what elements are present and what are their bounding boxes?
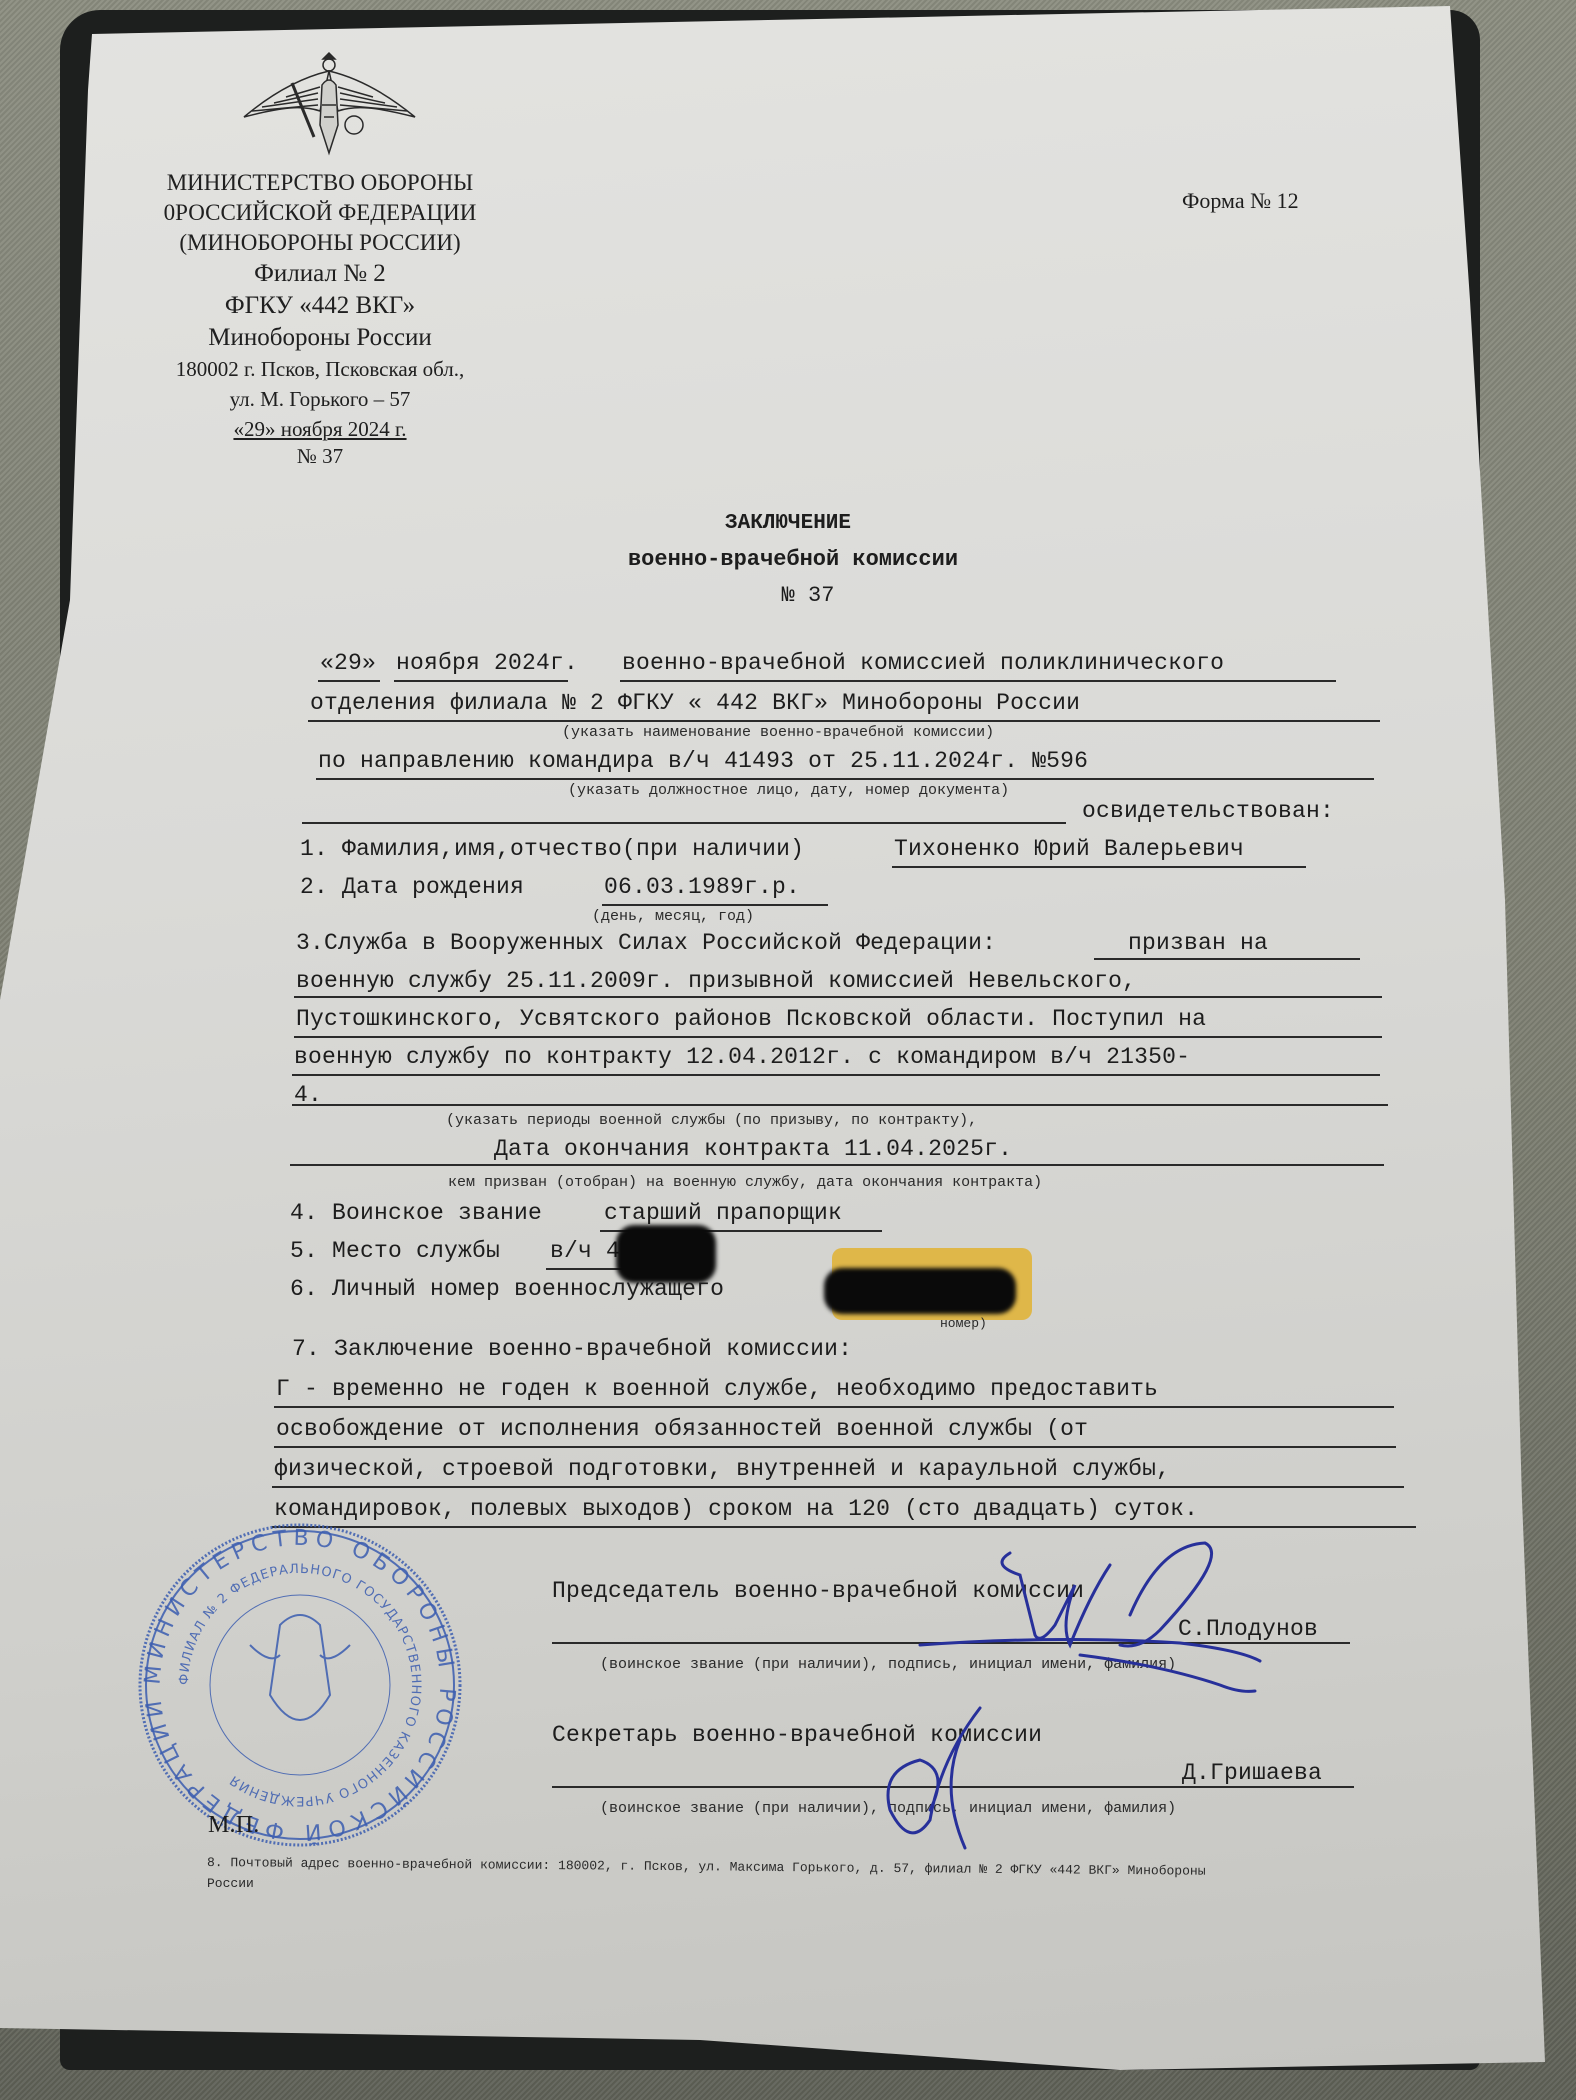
postal-address-line-1: 8. Почтовый адрес военно-врачебной комис… bbox=[207, 1855, 1206, 1879]
military-emblem-icon bbox=[242, 45, 417, 160]
intro-date-day: «29» bbox=[320, 650, 376, 676]
service-hint: (указать периоды военной службы (по приз… bbox=[446, 1112, 977, 1129]
header-address-2: ул. М. Горького – 57 bbox=[150, 384, 490, 414]
full-name-value: Тихоненко Юрий Валерьевич bbox=[894, 836, 1244, 862]
redaction-unit bbox=[616, 1225, 716, 1283]
document-page: МИНИСТЕРСТВО ОБОРОНЫ 0РОССИЙСКОЙ ФЕДЕРАЦ… bbox=[0, 0, 1576, 2100]
document-subtitle: военно-врачебной комиссии bbox=[5, 547, 1576, 572]
header-address-1: 180002 г. Псков, Псковская обл., bbox=[150, 354, 490, 384]
intro-examined: освидетельствован: bbox=[1082, 798, 1334, 824]
intro-commission-2: отделения филиала № 2 ФГКУ « 442 ВКГ» Ми… bbox=[310, 690, 1080, 716]
redaction-personal-number bbox=[824, 1268, 1016, 1314]
header-date: «29» ноября 2024 г. bbox=[150, 414, 490, 444]
service-line-3: военную службу по контракту 12.04.2012г.… bbox=[294, 1044, 1190, 1070]
contract-hint: кем призван (отобран) на военную службу,… bbox=[448, 1174, 1042, 1191]
branch-name: Филиал № 2 bbox=[150, 258, 490, 290]
ministry-line-2: 0РОССИЙСКОЙ ФЕДЕРАЦИИ bbox=[150, 198, 490, 228]
contract-end: Дата окончания контракта 11.04.2025г. bbox=[494, 1136, 1012, 1162]
ministry-short: Минобороны России bbox=[150, 322, 490, 354]
chair-signature bbox=[860, 1535, 1300, 1705]
birth-label: 2. Дата рождения bbox=[300, 874, 524, 900]
service-line-2: Пустошкинского, Усвятского районов Псков… bbox=[296, 1006, 1206, 1032]
ministry-line-1: МИНИСТЕРСТВО ОБОРОНЫ bbox=[150, 168, 490, 198]
service-line-1: военную службу 25.11.2009г. призывной ко… bbox=[296, 968, 1136, 994]
svg-text:ФИЛИАЛ № 2 ФЕДЕРАЛЬНОГО ГОСУДА: ФИЛИАЛ № 2 ФЕДЕРАЛЬНОГО ГОСУДАРСТВЕННОГО… bbox=[177, 1562, 423, 1808]
secretary-signature bbox=[870, 1700, 1010, 1850]
conclusion-line-2: физической, строевой подготовки, внутрен… bbox=[274, 1456, 1170, 1482]
unit-label: 5. Место службы bbox=[290, 1238, 500, 1264]
service-line-0: призван на bbox=[1128, 930, 1268, 956]
institution-name: ФГКУ «442 ВКГ» bbox=[150, 290, 490, 322]
hint-commission: (указать наименование военно-врачебной к… bbox=[562, 724, 994, 741]
conclusion-line-0: Г - временно не годен к военной службе, … bbox=[276, 1376, 1158, 1402]
conclusion-label: 7. Заключение военно-врачебной комиссии: bbox=[292, 1336, 852, 1362]
rank-value: старший прапорщик bbox=[604, 1200, 842, 1226]
postal-address-line-2: России bbox=[207, 1876, 254, 1891]
form-number: Форма № 12 bbox=[1182, 188, 1299, 214]
intro-date-rest: ноября 2024г. bbox=[396, 650, 578, 676]
hint-referral: (указать должностное лицо, дату, номер д… bbox=[568, 782, 1009, 799]
intro-referral: по направлению командира в/ч 41493 от 25… bbox=[318, 748, 1088, 774]
rank-label: 4. Воинское звание bbox=[290, 1200, 542, 1226]
birth-hint: (день, месяц, год) bbox=[592, 908, 754, 925]
header-number: № 37 bbox=[150, 444, 490, 468]
ministry-line-3: (МИНОБОРОНЫ РОССИИ) bbox=[150, 228, 490, 258]
document-title: ЗАКЛЮЧЕНИЕ bbox=[0, 512, 1576, 535]
seal-mark: М.П. bbox=[208, 1812, 259, 1839]
full-name-label: 1. Фамилия,имя,отчество(при наличии) bbox=[300, 836, 804, 862]
document-number: № 37 bbox=[20, 583, 1576, 608]
service-label: 3.Служба в Вооруженных Силах Российской … bbox=[296, 930, 996, 956]
personal-no-label: 6. Личный номер военнослужащего bbox=[290, 1276, 724, 1302]
official-seal: МИНИСТЕРСТВО ОБОРОНЫ РОССИЙСКОЙ ФЕДЕРАЦИ… bbox=[130, 1515, 470, 1855]
personal-no-hint: номер) bbox=[940, 1316, 987, 1331]
birth-value: 06.03.1989г.р. bbox=[604, 874, 800, 900]
secretary-name: Д.Гришаева bbox=[1182, 1760, 1322, 1786]
conclusion-line-1: освобождение от исполнения обязанностей … bbox=[276, 1416, 1088, 1442]
seal-inner-text: ФИЛИАЛ № 2 ФЕДЕРАЛЬНОГО ГОСУДАРСТВЕННОГО… bbox=[177, 1562, 423, 1808]
intro-commission-1: военно-врачебной комиссией поликлиническ… bbox=[622, 650, 1224, 676]
